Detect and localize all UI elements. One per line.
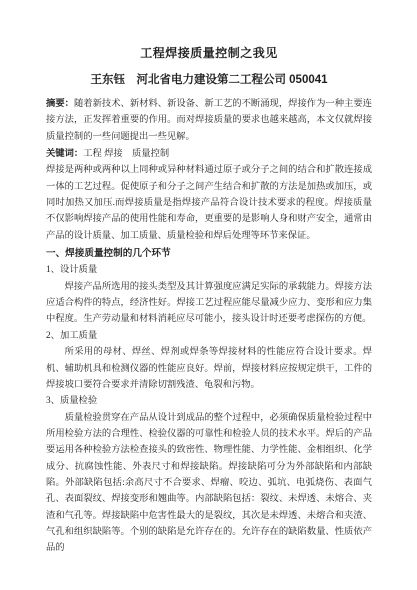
document-body: 摘要：随着新技术、新材料、新设备、新工艺的不断涌现，焊接作为一种主要连接方法，正…	[46, 95, 372, 557]
document-page: 工程焊接质量控制之我见 王东钰 河北省电力建设第二工程公司 050041 摘要：…	[0, 0, 417, 590]
intro-paragraph: 焊接是两种或两种以上同种或异种材料通过原子或分子之间的结合和扩散连接成一体的工艺…	[46, 162, 372, 244]
subheading-design-quality: 1、设计质量	[46, 262, 372, 278]
keywords-text: 工程 焊接 质量控制	[83, 149, 169, 159]
keywords-label: 关键词：	[46, 148, 83, 158]
paragraph-quality-inspection: 质量检验贯穿在产品从设计到成品的整个过程中，必须确保质量检验过程中所用检验方法的…	[46, 410, 372, 557]
subheading-processing-quality: 2、加工质量	[46, 328, 372, 344]
keywords-line: 关键词：工程 焊接 质量控制	[46, 145, 372, 162]
page-title: 工程焊接质量控制之我见	[46, 46, 372, 61]
paragraph-design-quality: 焊接产品所选用的接头类型及其计算强度应满足实际的承载能力。焊接方法应适合构件的特…	[46, 279, 372, 328]
paragraph-processing-quality: 所采用的母材、焊丝、焊剂或焊条等焊接材料的性能应符合设计要求。焊机、辅助机具和检…	[46, 344, 372, 393]
section-heading: 一、焊接质量控制的几个环节	[46, 246, 372, 262]
abstract-text: 随着新技术、新材料、新设备、新工艺的不断涌现，焊接作为一种主要连接方法，正发挥着…	[46, 99, 372, 142]
subheading-quality-inspection: 3、质量检验	[46, 393, 372, 409]
abstract-label: 摘要：	[46, 98, 74, 108]
author-affiliation-line: 王东钰 河北省电力建设第二工程公司 050041	[46, 73, 372, 88]
abstract-paragraph: 摘要：随着新技术、新材料、新设备、新工艺的不断涌现，焊接作为一种主要连接方法，正…	[46, 95, 372, 145]
